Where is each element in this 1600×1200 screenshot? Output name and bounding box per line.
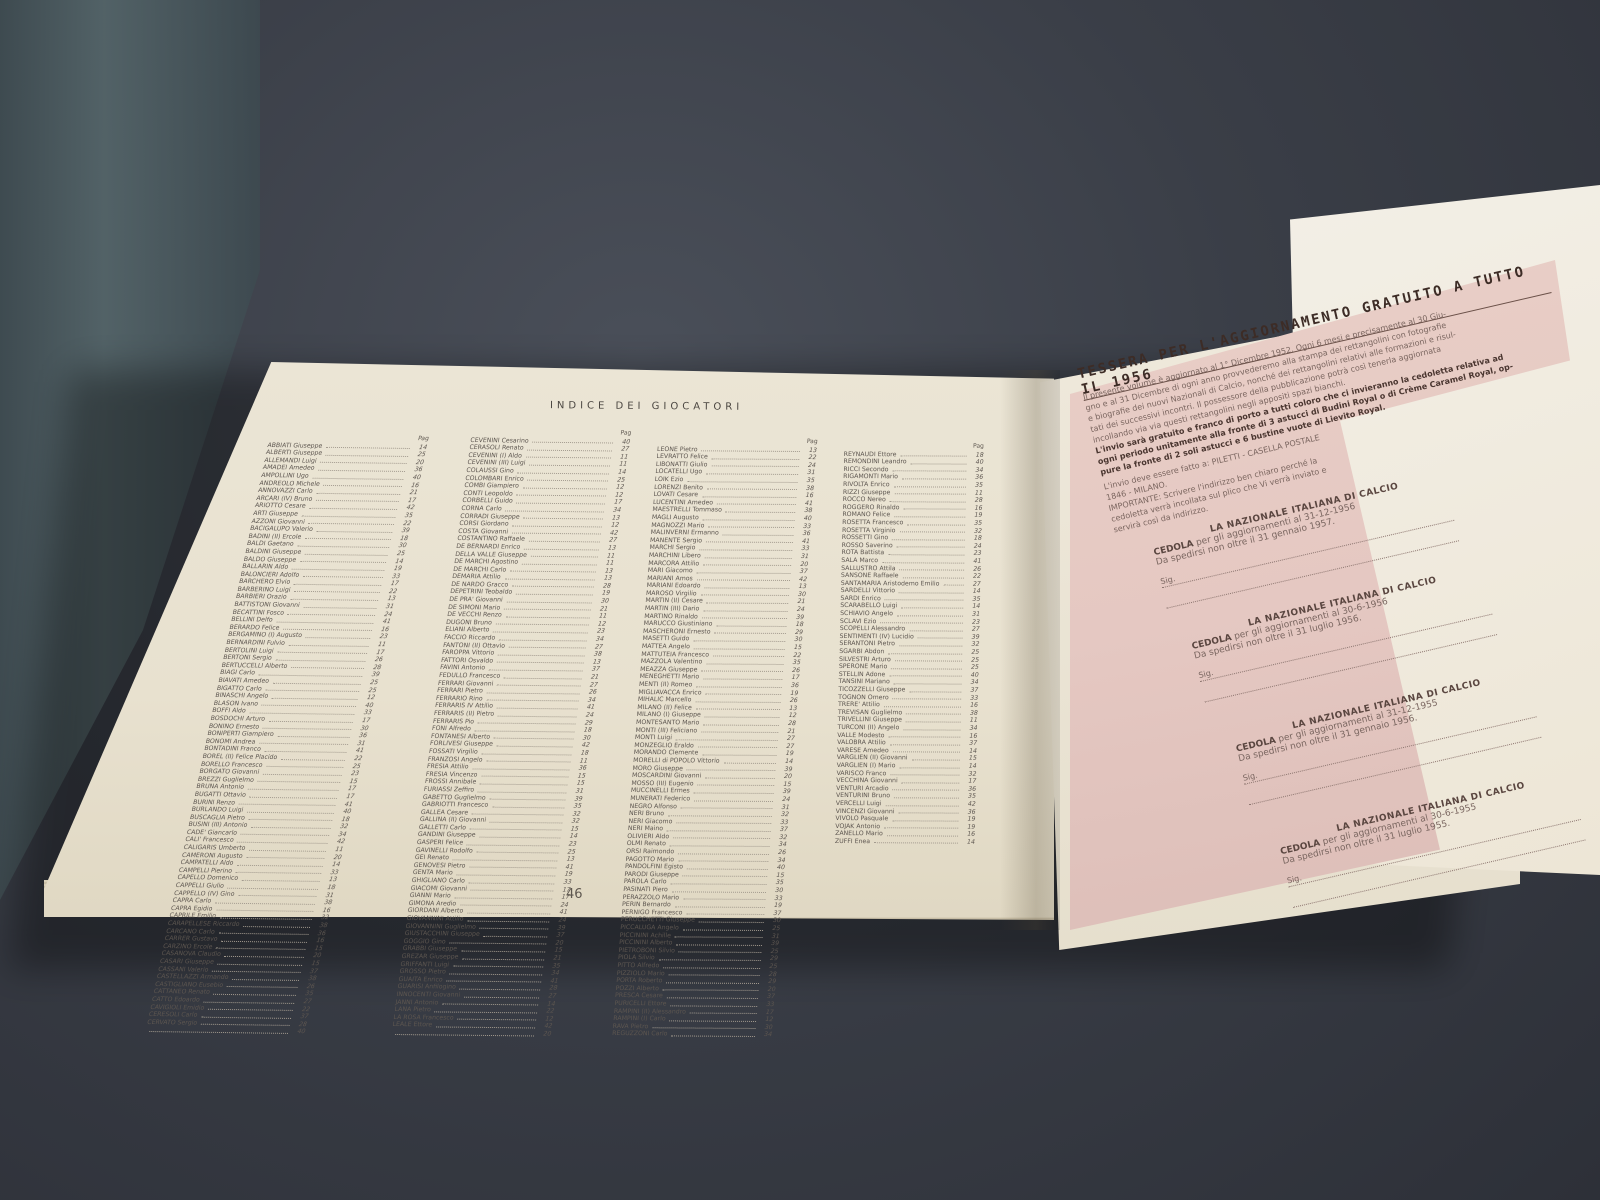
page-ref: 23 xyxy=(562,841,577,849)
page-ref: 23 xyxy=(967,550,981,558)
page-ref: 14 xyxy=(612,468,627,476)
page-ref: 15 xyxy=(548,947,563,955)
page-ref: 20 xyxy=(327,854,343,862)
page-ref: 14 xyxy=(779,758,794,766)
page-ref: 37 xyxy=(793,568,808,576)
page-ref: 20 xyxy=(549,939,564,947)
leader-dots xyxy=(460,900,552,907)
leader-dots xyxy=(281,754,346,760)
page-ref: 27 xyxy=(583,681,598,689)
leader-dots xyxy=(505,505,604,512)
leader-dots xyxy=(303,572,384,579)
page-ref: 27 xyxy=(542,992,557,1000)
leader-dots xyxy=(683,871,768,877)
page-ref: 17 xyxy=(759,1009,774,1017)
leader-dots xyxy=(663,962,760,968)
page-ref: 31 xyxy=(319,892,335,900)
page-ref: 39 xyxy=(965,634,979,642)
page-ref: 27 xyxy=(297,998,313,1006)
leader-dots xyxy=(512,528,602,535)
leader-dots xyxy=(906,717,961,723)
leader-dots xyxy=(208,1004,294,1011)
leader-dots xyxy=(457,1014,536,1020)
page-ref: 12 xyxy=(539,1015,554,1023)
page-ref: 25 xyxy=(390,550,406,558)
leader-dots xyxy=(893,481,966,487)
page-ref: 11 xyxy=(371,641,387,649)
page-ref: 12 xyxy=(759,1016,774,1024)
page-ref: 15 xyxy=(787,644,802,652)
page-ref: 34 xyxy=(607,506,622,514)
leader-dots xyxy=(687,476,798,482)
page-ref: 18 xyxy=(335,816,351,824)
page-ref: 21 xyxy=(593,605,608,613)
page-ref: 29 xyxy=(789,629,804,637)
leader-dots xyxy=(711,461,799,467)
leader-dots xyxy=(899,762,959,768)
leader-dots xyxy=(898,808,958,814)
page-ref: 28 xyxy=(366,664,382,672)
leader-dots xyxy=(499,635,587,642)
page-ref: 22 xyxy=(967,573,981,581)
page-ref: 18 xyxy=(393,535,409,543)
page-ref: 30 xyxy=(354,725,370,733)
page-ref: 36 xyxy=(962,785,976,793)
page-ref: 33 xyxy=(324,869,340,877)
leader-dots xyxy=(316,526,393,533)
page-ref: 30 xyxy=(766,917,781,925)
page-ref: 27 xyxy=(615,446,630,454)
leader-dots xyxy=(435,1007,538,1014)
leader-dots xyxy=(893,747,960,753)
leader-dots xyxy=(694,795,773,801)
leader-dots xyxy=(705,689,781,695)
page-ref: 40 xyxy=(616,438,631,446)
page-ref: 35 xyxy=(546,962,561,970)
page-ref: 33 xyxy=(557,879,572,887)
leader-dots xyxy=(902,777,960,783)
page-ref: 26 xyxy=(967,565,981,573)
leader-dots xyxy=(218,928,309,935)
leader-dots xyxy=(714,628,786,634)
leader-dots xyxy=(504,604,591,611)
player-name: LOIK Ezio xyxy=(654,476,683,484)
leader-dots xyxy=(902,474,966,480)
leader-dots xyxy=(454,893,553,900)
leader-dots xyxy=(498,711,577,717)
leader-dots xyxy=(897,610,963,616)
page-ref: 22 xyxy=(540,1008,555,1016)
page-ref: 16 xyxy=(799,492,814,500)
leader-dots xyxy=(490,817,563,823)
page-ref: 41 xyxy=(559,863,574,871)
leader-dots xyxy=(509,642,587,648)
leader-dots xyxy=(885,800,958,806)
leader-dots xyxy=(272,693,359,700)
page-ref: 22 xyxy=(802,454,817,462)
page-ref: 38 xyxy=(800,485,815,493)
page-ref: 25 xyxy=(363,679,379,687)
leader-dots xyxy=(671,1031,755,1037)
page-ref: 34 xyxy=(964,679,978,687)
page-ref: 36 xyxy=(785,682,800,690)
leader-dots xyxy=(323,480,402,487)
page-ref: 18 xyxy=(968,535,982,543)
page-ref: 38 xyxy=(313,922,329,930)
leader-dots xyxy=(666,977,759,983)
page-ref: 39 xyxy=(551,924,566,932)
leader-dots xyxy=(300,556,387,563)
leader-dots xyxy=(273,678,362,685)
leader-dots xyxy=(723,530,794,536)
player-name: REGUZZONI Carlo xyxy=(612,1030,668,1038)
leader-dots xyxy=(316,496,400,503)
page-ref: 16 xyxy=(968,504,982,512)
leader-dots xyxy=(707,484,798,490)
page-ref: 38 xyxy=(587,651,602,659)
page-ref: 35 xyxy=(298,990,314,998)
page-ref: 37 xyxy=(964,687,978,695)
page-ref: 37 xyxy=(303,968,319,976)
page-ref: 14 xyxy=(563,833,578,841)
leader-dots xyxy=(906,709,961,715)
leader-dots xyxy=(480,779,568,786)
index-entry: 20 xyxy=(391,1029,552,1038)
page-ref: 36 xyxy=(352,732,368,740)
leader-dots xyxy=(216,905,314,912)
page-ref: 36 xyxy=(311,930,327,938)
page-ref: 27 xyxy=(602,537,617,545)
leader-dots xyxy=(266,761,344,768)
page-ref: 42 xyxy=(604,529,619,537)
leader-dots xyxy=(309,503,398,510)
page-ref: 24 xyxy=(968,542,982,550)
page-ref: 14 xyxy=(412,444,428,452)
leader-dots xyxy=(472,809,564,816)
page-ref: 11 xyxy=(614,453,629,461)
page-ref: 36 xyxy=(572,765,587,773)
page-ref: 23 xyxy=(966,618,980,626)
leader-dots xyxy=(249,814,334,821)
leader-dots xyxy=(276,617,374,624)
page-ref: 32 xyxy=(962,770,976,778)
leader-dots xyxy=(213,989,297,996)
page-ref: 13 xyxy=(597,575,612,583)
leader-dots xyxy=(678,848,769,854)
page-ref: 34 xyxy=(758,1031,773,1039)
leader-dots xyxy=(237,860,324,867)
leader-dots xyxy=(505,612,590,618)
index-entry: REGUZZONI Carlo34 xyxy=(612,1030,773,1039)
leader-dots xyxy=(907,519,965,525)
leader-dots xyxy=(690,1008,757,1014)
page-ref: 28 xyxy=(762,971,777,979)
page-ref: 28 xyxy=(543,985,558,993)
leader-dots xyxy=(701,666,783,672)
page-ref: 17 xyxy=(341,785,357,793)
page-ref: 28 xyxy=(596,582,611,590)
leader-dots xyxy=(529,536,601,542)
leader-dots xyxy=(516,490,606,497)
leader-dots xyxy=(890,770,959,776)
page-ref: 27 xyxy=(967,580,981,588)
page-ref: 35 xyxy=(966,596,980,604)
player-name: SCLAVI Ezio xyxy=(840,618,877,626)
page-ref: 34 xyxy=(581,696,596,704)
page-ref: 21 xyxy=(403,489,419,497)
page-ref: 41 xyxy=(376,618,392,626)
page-ref: 19 xyxy=(784,690,799,698)
leader-dots xyxy=(675,902,766,908)
page-ref: 37 xyxy=(294,1013,310,1021)
leader-dots xyxy=(257,777,341,784)
leader-dots xyxy=(217,959,303,966)
page-ref: 24 xyxy=(552,917,567,925)
leader-dots xyxy=(478,718,576,725)
page-ref: 17 xyxy=(785,674,800,682)
page-ref: 19 xyxy=(961,823,975,831)
page-ref: 40 xyxy=(965,671,979,679)
leader-dots xyxy=(516,498,605,505)
page-ref: 40 xyxy=(406,474,422,482)
leader-dots xyxy=(696,681,782,687)
page-ref: 19 xyxy=(387,565,403,573)
page-ref: 19 xyxy=(968,512,982,520)
leader-dots xyxy=(263,723,352,730)
leader-dots xyxy=(275,655,366,662)
page-ref: 19 xyxy=(961,816,975,824)
page-ref: 30 xyxy=(769,887,784,895)
pag-label: Pag xyxy=(844,442,984,450)
page-ref: 16 xyxy=(961,831,975,839)
page-ref: 13 xyxy=(586,658,601,666)
page-ref: 41 xyxy=(338,801,354,809)
page-ref: 21 xyxy=(791,598,806,606)
leader-dots xyxy=(462,954,545,960)
page-ref: 33 xyxy=(795,545,810,553)
page-ref: 15 xyxy=(564,825,579,833)
page-ref: 37 xyxy=(963,740,977,748)
page-ref: 35 xyxy=(398,512,414,520)
page-ref: 32 xyxy=(566,810,581,818)
page-ref: 12 xyxy=(782,712,797,720)
leader-dots xyxy=(516,589,594,595)
leader-dots xyxy=(203,997,295,1004)
page-ref: 28 xyxy=(292,1021,308,1029)
page-ref: 21 xyxy=(781,728,796,736)
page-ref: 19 xyxy=(768,902,783,910)
page-ref: 41 xyxy=(796,538,811,546)
leader-dots xyxy=(712,454,800,460)
page-ref: 22 xyxy=(396,520,412,528)
page-ref: 17 xyxy=(355,717,371,725)
leader-dots xyxy=(249,708,355,715)
leader-dots xyxy=(442,999,539,1006)
leader-dots xyxy=(694,788,774,794)
page-ref: 41 xyxy=(967,558,981,566)
page-ref: 38 xyxy=(798,507,813,515)
leader-dots xyxy=(459,984,540,990)
page-ref: 26 xyxy=(783,697,798,705)
page-ref: 16 xyxy=(404,482,420,490)
page-ref: 38 xyxy=(301,975,317,983)
leader-dots xyxy=(305,534,392,541)
page-ref: 14 xyxy=(388,558,404,566)
page-ref: 14 xyxy=(966,603,980,611)
leader-dots xyxy=(707,598,789,604)
page-ref: 13 xyxy=(601,544,616,552)
leader-dots xyxy=(471,885,554,891)
leader-dots xyxy=(705,552,793,558)
leader-dots xyxy=(149,1026,289,1034)
leader-dots xyxy=(453,961,544,968)
page-ref: 15 xyxy=(571,772,586,780)
page-ref: 32 xyxy=(773,834,788,842)
leader-dots xyxy=(277,647,368,654)
leader-dots xyxy=(517,468,609,475)
page-ref: 39 xyxy=(365,671,381,679)
page-ref: 22 xyxy=(347,755,363,763)
leader-dots xyxy=(889,671,962,677)
leader-dots xyxy=(890,739,961,745)
leader-dots xyxy=(704,583,789,589)
leader-dots xyxy=(498,650,585,657)
leader-dots xyxy=(887,831,958,837)
leader-dots xyxy=(717,499,796,505)
page-ref: 17 xyxy=(401,497,417,505)
leader-dots xyxy=(219,913,312,920)
page-ref: 31 xyxy=(569,787,584,795)
leader-dots xyxy=(326,442,411,449)
leader-dots xyxy=(673,833,771,839)
page-ref: 25 xyxy=(965,664,979,672)
leader-dots xyxy=(504,574,595,581)
leader-dots xyxy=(481,771,569,778)
leader-dots xyxy=(475,726,576,733)
page-ref: 30 xyxy=(788,636,803,644)
page-ref: 40 xyxy=(290,1028,306,1036)
page-ref: 25 xyxy=(766,925,781,933)
leader-dots xyxy=(486,756,571,762)
page-ref: 32 xyxy=(333,823,349,831)
leader-dots xyxy=(700,590,789,596)
leader-dots xyxy=(247,784,339,791)
leader-dots xyxy=(943,580,963,586)
page-ref: 42 xyxy=(962,801,976,809)
leader-dots xyxy=(527,445,612,451)
leader-dots xyxy=(201,1019,291,1026)
leader-dots xyxy=(699,545,792,551)
leader-dots xyxy=(895,656,962,662)
page-ref: 11 xyxy=(599,560,614,568)
page-ref: 31 xyxy=(379,603,395,611)
leader-dots xyxy=(899,527,965,533)
leader-dots xyxy=(703,719,779,725)
leader-dots xyxy=(249,792,338,799)
leader-dots xyxy=(251,822,332,829)
leader-dots xyxy=(703,514,795,520)
page-ref: 39 xyxy=(790,614,805,622)
page-ref: 25 xyxy=(346,763,362,771)
page-ref: 41 xyxy=(580,704,595,712)
page-ref: 24 xyxy=(790,606,805,614)
leader-dots xyxy=(669,1016,756,1022)
index-entry: ZUFFI Enea14 xyxy=(835,838,975,846)
page-ref: 30 xyxy=(758,1024,773,1032)
page-ref: 41 xyxy=(544,977,559,985)
page-ref: 35 xyxy=(800,477,815,485)
page-ref: 25 xyxy=(965,649,979,657)
page-ref: 25 xyxy=(611,476,626,484)
leader-dots xyxy=(659,955,762,961)
page-ref: 39 xyxy=(395,527,411,535)
page-ref: 35 xyxy=(969,482,983,490)
leader-dots xyxy=(497,680,581,686)
page-ref: 18 xyxy=(574,749,589,757)
page-ref: 34 xyxy=(771,857,786,865)
page-ref: 16 xyxy=(964,702,978,710)
leader-dots xyxy=(670,841,770,847)
page-ref: 40 xyxy=(358,702,374,710)
page-ref: 33 xyxy=(774,819,789,827)
page-ref: 35 xyxy=(786,659,801,667)
leader-dots xyxy=(900,565,965,571)
page-ref: 11 xyxy=(600,552,615,560)
leader-dots xyxy=(212,966,302,973)
page-ref: 13 xyxy=(803,447,818,455)
leader-dots xyxy=(449,938,546,945)
leader-dots xyxy=(669,970,760,976)
page-ref: 25 xyxy=(763,963,778,971)
page-ref: 25 xyxy=(965,656,979,664)
leader-dots xyxy=(903,504,965,510)
page-ref: 16 xyxy=(316,907,332,915)
leader-dots xyxy=(888,550,964,556)
leader-dots xyxy=(697,780,774,786)
leader-dots xyxy=(305,549,389,556)
leader-dots xyxy=(697,567,791,573)
leader-dots xyxy=(703,560,791,566)
leader-dots xyxy=(701,446,800,452)
page-ref: 39 xyxy=(778,766,793,774)
page-ref: 13 xyxy=(560,856,575,864)
leader-dots xyxy=(667,993,759,999)
page-ref: 24 xyxy=(802,462,817,470)
leader-dots xyxy=(436,1022,536,1029)
page-ref: 42 xyxy=(575,742,590,750)
page-ref: 37 xyxy=(585,666,600,674)
leader-dots xyxy=(900,451,966,457)
book-gutter xyxy=(1000,370,1060,930)
page-ref: 13 xyxy=(322,876,338,884)
page-ref: 17 xyxy=(384,580,400,588)
page-ref: 11 xyxy=(328,846,344,854)
page-ref: 39 xyxy=(776,788,791,796)
page-ref: 13 xyxy=(783,705,798,713)
page-ref: 15 xyxy=(308,945,324,953)
page-ref: 34 xyxy=(545,970,560,978)
page-ref: 13 xyxy=(792,583,807,591)
page-ref: 25 xyxy=(411,451,427,459)
leader-dots xyxy=(456,870,556,877)
leader-dots xyxy=(683,924,764,930)
leader-dots xyxy=(305,633,371,639)
leader-dots xyxy=(479,832,561,838)
page-ref: 31 xyxy=(795,553,810,561)
leader-dots xyxy=(283,625,373,632)
leader-dots xyxy=(874,838,958,844)
page-ref: 27 xyxy=(780,735,795,743)
